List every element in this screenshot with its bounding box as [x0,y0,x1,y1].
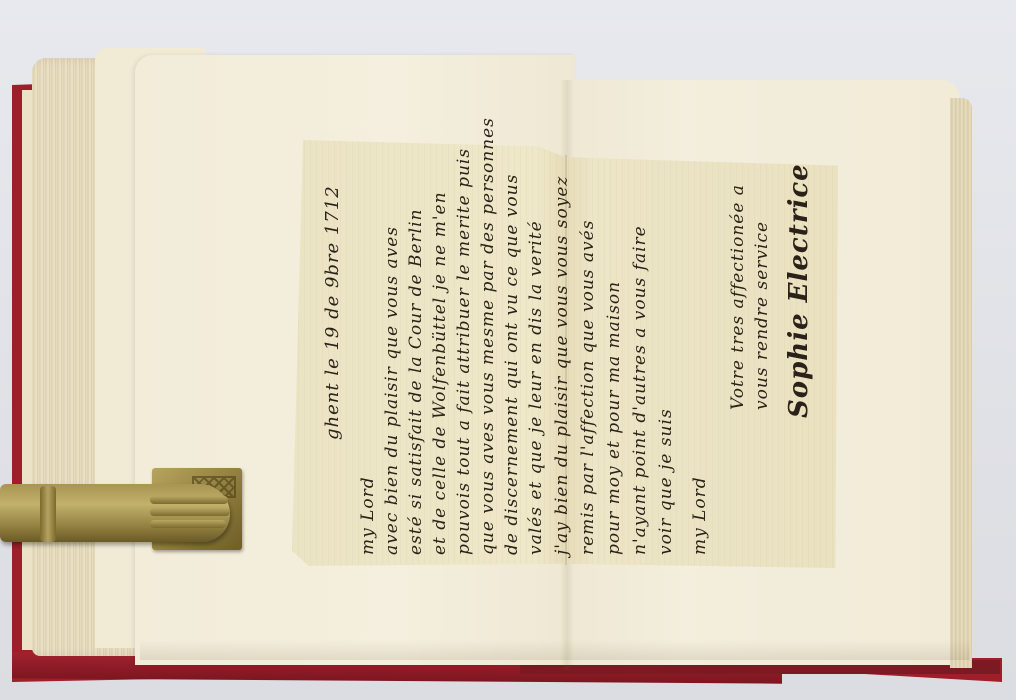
page-block-right [950,98,972,668]
letter-closing: Votre tres affectionée a [728,184,748,410]
letter-line: de discernement qui ont vu ce que vous [502,174,522,555]
letter-salutation: my Lord [358,476,378,555]
clip-cuff [40,486,56,542]
letter-line: voir que je suis [656,408,676,555]
letter-line: pouvois tout a fait attribuer le merite … [454,148,474,555]
letter-line: esté si satisfait de la Cour de Berlin [406,209,426,556]
letter-signature: Sophie Electrice [784,163,814,418]
letter-line: avec bien du plaisir que vous aves [382,226,402,555]
letter-date: ghent le 19 de 9bre 1712 [322,185,343,440]
clip-finger [150,496,228,504]
clip-finger [150,508,230,516]
letter-line: n'ayant point d'autres a vous faire [630,225,650,555]
clip-finger [150,520,226,528]
letter-line: remis par l'affection que vous avés [578,220,598,555]
letter-line: que vous aves vous mesme par des personn… [478,117,498,555]
brass-hand-page-clip [0,466,246,552]
letter-line: et de celle de Wolfenbüttel je ne m'en [430,191,450,555]
letter-closing: vous rendre service [752,221,772,410]
letter-line: j'ay bien du plaisir que vous vous soyez [552,176,572,555]
letter-valediction: my Lord [690,476,710,555]
letter-line: pour moy et pour ma maison [604,281,624,555]
page-bottom-shadow [140,640,970,660]
letter-line: valés et que je leur en dis la verité [526,220,546,555]
